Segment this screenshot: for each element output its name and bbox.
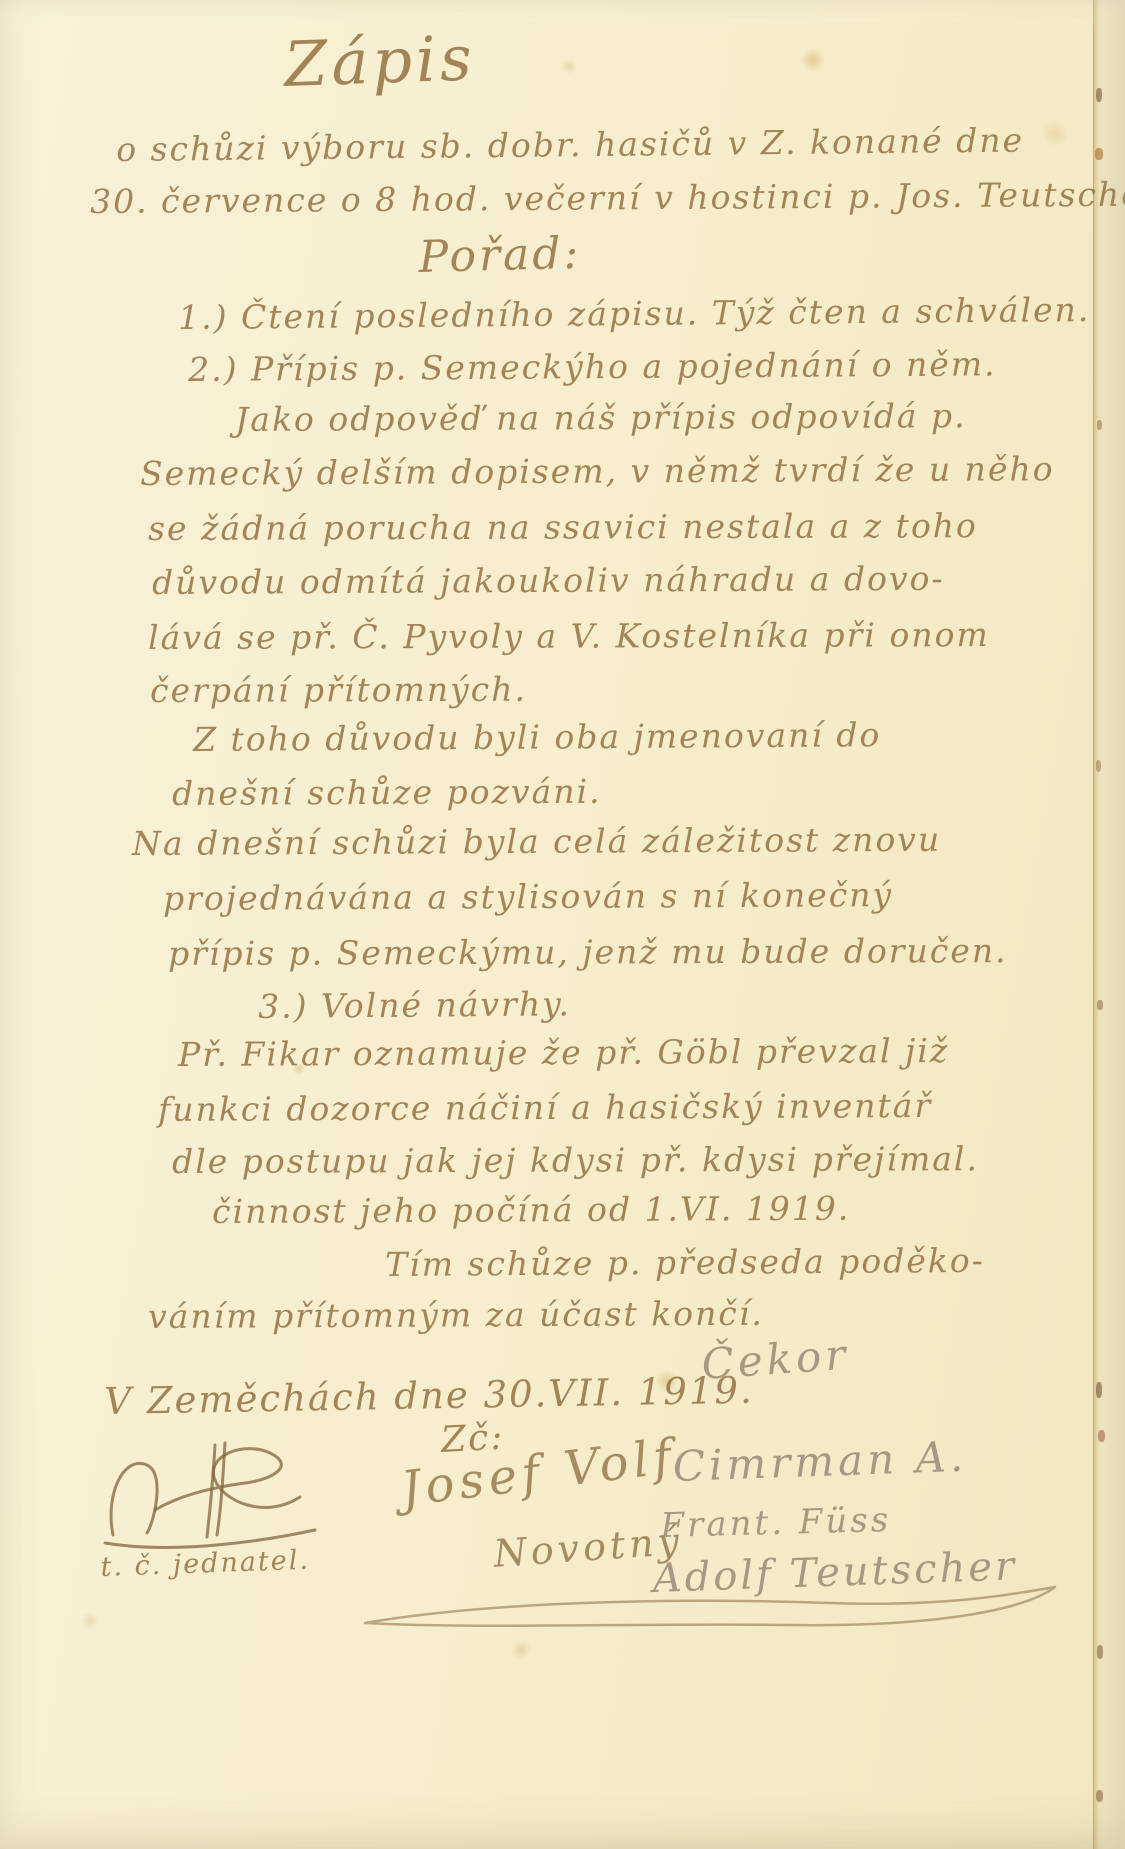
stain-spot xyxy=(1040,120,1070,146)
stain-spot xyxy=(560,58,578,74)
body-line: 2.) Přípis p. Semeckýho a pojednání o ně… xyxy=(188,344,997,389)
scanned-document-page: Zápis o schůzi výboru sb. dobr. hasičů v… xyxy=(0,0,1125,1849)
body-line: Tím schůze p. předseda poděko- xyxy=(385,1241,985,1284)
stain-spot xyxy=(510,1640,532,1660)
body-line: důvodu odmítá jakoukoliv náhradu a dovo- xyxy=(152,559,945,602)
book-page-edge xyxy=(1093,0,1125,1849)
body-line: Z toho důvodu byli oba jmenovaní do xyxy=(193,715,881,759)
body-line: činnost jeho počíná od 1.VI. 1919. xyxy=(212,1189,850,1231)
body-line: 3.) Volné návrhy. xyxy=(258,984,571,1026)
subtitle-line: o schůzi výboru sb. dobr. hasičů v Z. ko… xyxy=(116,120,1024,169)
body-line: dnešní schůze pozváni. xyxy=(172,772,602,813)
stain-spot xyxy=(80,1612,100,1630)
body-line: čerpání přítomných. xyxy=(150,670,527,710)
body-line: váním přítomným za účast končí. xyxy=(148,1294,764,1336)
body-line: dle postupu jak jej kdysi př. kdysi přej… xyxy=(172,1139,979,1181)
stain-spot xyxy=(800,48,826,72)
document-title: Zápis xyxy=(283,21,477,101)
place-date-line: V Zeměchách dne 30.VII. 1919. xyxy=(104,1369,754,1423)
body-line: projednávána a stylisován s ní konečný xyxy=(163,875,893,918)
body-line: funkci dozorce náčiní a hasičský inventá… xyxy=(158,1086,932,1129)
body-line: přípis p. Semeckýmu, jenž mu bude doruče… xyxy=(168,931,1008,973)
subtitle-line: 30. července o 8 hod. večerní v hostinci… xyxy=(90,174,1125,221)
body-line: Na dnešní schůzi byla celá záležitost zn… xyxy=(132,820,941,863)
signature-name: Cimrman A. xyxy=(672,1432,968,1491)
body-line: Jako odpověď na náš přípis odpovídá p. xyxy=(235,396,967,439)
signature-role-label: t. č. jednatel. xyxy=(100,1545,310,1583)
body-line: lává se př. Č. Pyvoly a V. Kostelníka př… xyxy=(148,615,990,657)
signature-name: Frant. Füss xyxy=(660,1500,892,1546)
body-line: 1.) Čtení posledního zápisu. Týž čten a … xyxy=(178,290,1090,337)
agenda-heading: Pořad: xyxy=(418,228,582,283)
body-line: se žádná porucha na ssavici nestala a z … xyxy=(148,506,978,548)
signature-scribble xyxy=(95,1425,325,1555)
signature-name: Čekor xyxy=(700,1330,851,1389)
body-line: Semecký delším dopisem, v němž tvrdí že … xyxy=(140,449,1055,493)
body-line: Př. Fikar oznamuje že př. Göbl převzal j… xyxy=(178,1031,949,1074)
